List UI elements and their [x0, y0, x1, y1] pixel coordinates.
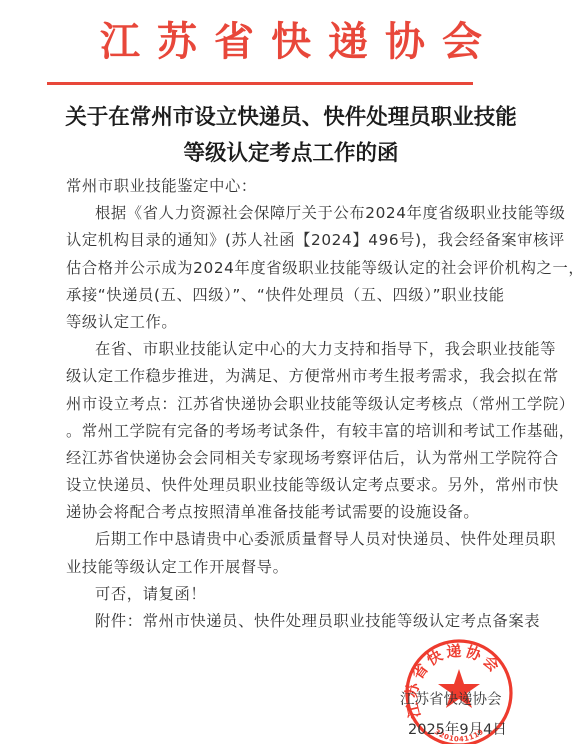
- letterhead-organization: 江苏省快递协会: [0, 14, 582, 70]
- body-line: 承接“快递员(五、四级）”、“快件处理员（五、四级）”职业技能: [66, 282, 516, 309]
- document-title-line-1: 关于在常州市设立快递员、快件处理员职业技能: [0, 100, 582, 136]
- document-title-line-2: 等级认定考点工作的函: [0, 136, 582, 172]
- body-line: 业技能等级认定工作开展督导。: [66, 554, 516, 581]
- body-line: 州市设立考点：江苏省快递协会职业技能等级认定考核点（常州工学院）: [66, 391, 516, 418]
- body-line: 认定机构目录的通知》(苏人社函【2024】496号)，我会经备案审核评: [66, 227, 516, 254]
- body-line: 递协会将配合考点按照清单准备技能考试需要的设施设备。: [66, 499, 516, 526]
- attachment-line: 附件：常州市快递员、快件处理员职业技能等级认定考点备案表: [66, 608, 516, 635]
- body-line: 估合格并公示成为2024年度省级职业技能等级认定的社会评价机构之一，: [66, 255, 516, 282]
- signature-date: 2025年9月4日: [408, 718, 507, 739]
- body-line: 根据《省人力资源社会保障厅关于公布2024年度省级职业技能等级: [66, 200, 516, 227]
- letterhead-rule: [47, 82, 473, 85]
- body-line: 。常州工学院有完备的考场考试条件，有较丰富的培训和考试工作基础，: [66, 418, 516, 445]
- body-line: 级认定工作稳步推进，为满足、方便常州市考生报考需求，我会拟在常: [66, 363, 516, 390]
- document-title: 关于在常州市设立快递员、快件处理员职业技能 等级认定考点工作的函: [0, 100, 582, 172]
- body-line: 在省、市职业技能认定中心的大力支持和指导下，我会职业技能等: [66, 336, 516, 363]
- signature-organization: 江苏省快递协会: [400, 688, 502, 709]
- body-line: 经江苏省快递协会会同相关专家现场考察评估后，认为常州工学院符合: [66, 445, 516, 472]
- body-line: 设立快递员、快件处理员职业技能等级认定考点要求。另外，常州市快: [66, 472, 516, 499]
- closing-line: 可否，请复函！: [66, 581, 516, 608]
- document-body: 常州市职业技能鉴定中心： 根据《省人力资源社会保障厅关于公布2024年度省级职业…: [66, 173, 516, 635]
- salutation: 常州市职业技能鉴定中心：: [66, 173, 516, 200]
- body-line: 后期工作中恳请贵中心委派质量督导人员对快递员、快件处理员职: [66, 526, 516, 553]
- body-line: 等级认定工作。: [66, 309, 516, 336]
